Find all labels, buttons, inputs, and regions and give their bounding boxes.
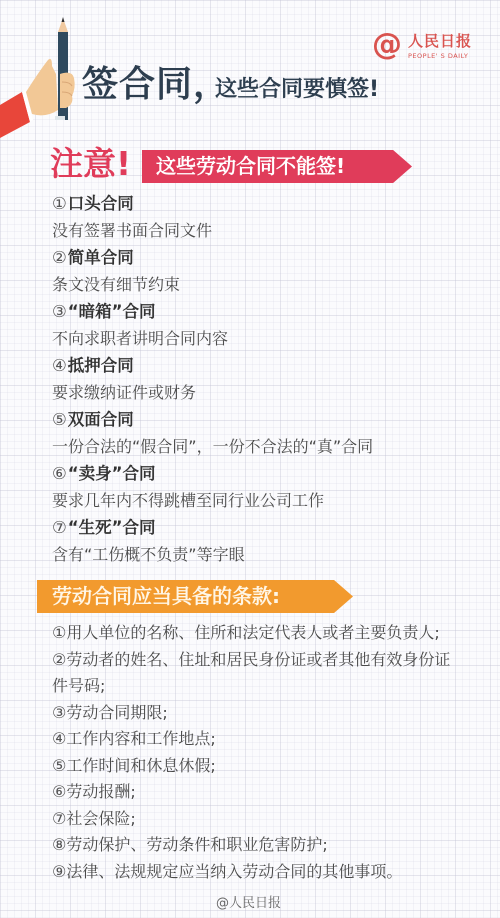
forbidden-contracts-list: ①口头合同 没有签署书面合同文件 ②简单合同 条文没有细节约束 ③“暗箱”合同 …	[52, 190, 472, 568]
item-description: 条文没有细节约束	[52, 271, 472, 298]
item-title: “卖身”合同	[68, 464, 156, 483]
item-number: ④	[52, 729, 66, 748]
hand-pencil-illustration	[0, 10, 90, 140]
item-description: 含有“工伤概不负责”等字眼	[52, 541, 472, 568]
item-text: 工作时间和休息休假;	[66, 756, 215, 775]
item-number: ②	[52, 650, 66, 669]
list-item: ⑧劳动保护、劳动条件和职业危害防护;	[52, 832, 452, 859]
item-title: 抵押合同	[68, 356, 134, 375]
item-text: 工作内容和工作地点;	[66, 729, 215, 748]
item-description: 不向求职者讲明合同内容	[52, 325, 472, 352]
list-item: ④抵押合同 要求缴纳证件或财务	[52, 352, 472, 406]
logo-name-cn: 人民日报	[408, 32, 472, 50]
at-symbol-icon: @	[372, 28, 402, 62]
item-title: 双面合同	[68, 410, 134, 429]
item-number: ⑥	[52, 464, 67, 483]
item-number: ⑤	[52, 410, 67, 429]
item-text: 社会保险;	[66, 809, 135, 828]
item-number: ②	[52, 248, 67, 267]
item-number: ①	[52, 194, 67, 213]
list-item: ⑦社会保险;	[52, 806, 452, 833]
list-item: ⑤双面合同 一份合法的“假合同”，一份不合法的“真”合同	[52, 406, 472, 460]
item-title: 简单合同	[68, 248, 134, 267]
warning-label: 注意!	[50, 144, 131, 184]
item-number: ③	[52, 703, 66, 722]
page-title: 签合同，	[82, 64, 230, 106]
item-number: ⑦	[52, 809, 66, 828]
item-number: ⑦	[52, 518, 67, 537]
item-number: ①	[52, 623, 66, 642]
list-item: ①用人单位的名称、住所和法定代表人或者主要负责人;	[52, 620, 452, 647]
item-number: ⑥	[52, 782, 66, 801]
item-text: 法律、法规规定应当纳入劳动合同的其他事项。	[66, 862, 402, 881]
watermark: @人民日报	[216, 896, 281, 912]
clauses-banner-text: 劳动合同应当具备的条款:	[52, 583, 280, 610]
list-item: ⑨法律、法规规定应当纳入劳动合同的其他事项。	[52, 859, 452, 886]
list-item: ⑥劳动报酬;	[52, 779, 452, 806]
page-subtitle: 这些合同要慎签!	[215, 76, 379, 104]
list-item: ⑦“生死”合同 含有“工伤概不负责”等字眼	[52, 514, 472, 568]
item-text: 用人单位的名称、住所和法定代表人或者主要负责人;	[66, 623, 439, 642]
item-number: ⑤	[52, 756, 66, 775]
item-description: 一份合法的“假合同”，一份不合法的“真”合同	[52, 433, 472, 460]
item-text: 劳动报酬;	[66, 782, 135, 801]
pencil-icon	[0, 10, 90, 140]
item-text: 劳动者的姓名、住址和居民身份证或者其他有效身份证件号码;	[52, 650, 450, 696]
list-item: ②劳动者的姓名、住址和居民身份证或者其他有效身份证件号码;	[52, 647, 452, 700]
item-number: ④	[52, 356, 67, 375]
list-item: ②简单合同 条文没有细节约束	[52, 244, 472, 298]
list-item: ③劳动合同期限;	[52, 700, 452, 727]
list-item: ④工作内容和工作地点;	[52, 726, 452, 753]
list-item: ⑥“卖身”合同 要求几年内不得跳槽至同行业公司工作	[52, 460, 472, 514]
item-title: “暗箱”合同	[68, 302, 156, 321]
logo-name-en: PEOPLE' S DAILY	[408, 52, 468, 60]
list-item: ①口头合同 没有签署书面合同文件	[52, 190, 472, 244]
item-text: 劳动合同期限;	[66, 703, 167, 722]
item-number: ⑨	[52, 862, 66, 881]
item-title: 口头合同	[68, 194, 134, 213]
peoples-daily-logo: @ 人民日报 PEOPLE' S DAILY	[372, 26, 482, 66]
clauses-banner: 劳动合同应当具备的条款:	[37, 580, 353, 613]
warning-banner: 这些劳动合同不能签!	[142, 150, 412, 183]
item-text: 劳动保护、劳动条件和职业危害防护;	[66, 835, 327, 854]
list-item: ③“暗箱”合同 不向求职者讲明合同内容	[52, 298, 472, 352]
item-number: ⑧	[52, 835, 66, 854]
warning-banner-text: 这些劳动合同不能签!	[156, 153, 345, 180]
required-clauses-list: ①用人单位的名称、住所和法定代表人或者主要负责人; ②劳动者的姓名、住址和居民身…	[52, 620, 452, 885]
item-description: 要求几年内不得跳槽至同行业公司工作	[52, 487, 472, 514]
item-number: ③	[52, 302, 67, 321]
list-item: ⑤工作时间和休息休假;	[52, 753, 452, 780]
item-description: 要求缴纳证件或财务	[52, 379, 472, 406]
item-title: “生死”合同	[68, 518, 156, 537]
item-description: 没有签署书面合同文件	[52, 217, 472, 244]
